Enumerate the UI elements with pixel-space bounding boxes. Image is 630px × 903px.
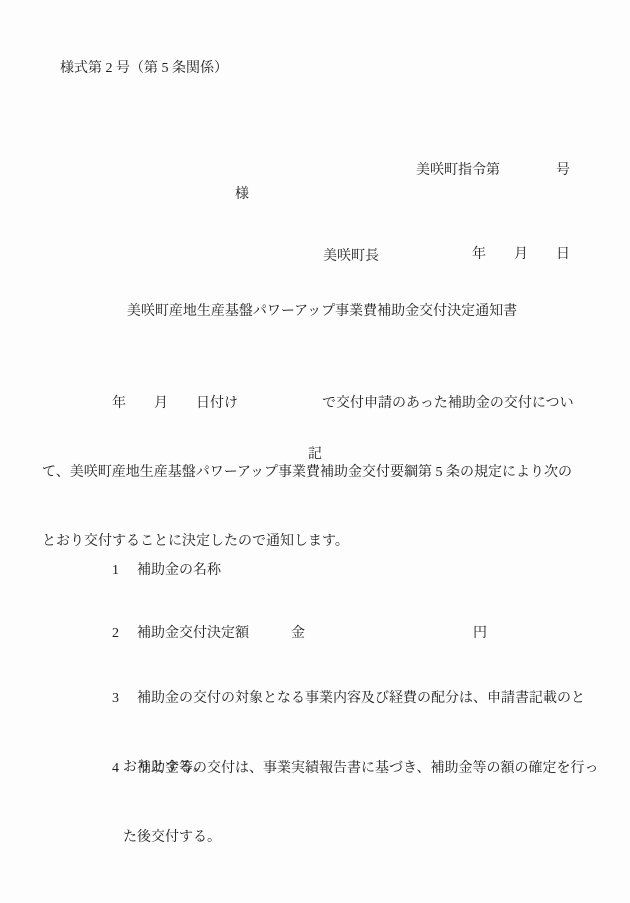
list-item-3-number: 3: [112, 687, 137, 710]
form-number-label: 様式第 2 号（第 5 条関係）: [60, 60, 228, 77]
list-item-4-line1: 4補助金等の交付は、事業実績報告書に基づき、補助金等の額の確定を行っ: [112, 757, 598, 780]
list-item-4-text: 補助金等の交付は、事業実績報告書に基づき、補助金等の額の確定を行っ: [137, 761, 598, 776]
addressee-honorific: 様: [235, 186, 249, 203]
body-line-2: て、美咲町産地生産基盤パワーアップ事業費補助金交付要綱第 5 条の規定により次の: [42, 461, 574, 484]
list-item-4-number: 4: [112, 757, 137, 780]
record-heading: 記: [0, 446, 630, 463]
list-item-3-text: 補助金の交付の対象となる事業内容及び経費の配分は、申請書記載のと: [137, 691, 585, 706]
list-item-3-line1: 3補助金の交付の対象となる事業内容及び経費の配分は、申請書記載のと: [112, 687, 585, 710]
list-item-4: 4補助金等の交付は、事業実績報告書に基づき、補助金等の額の確定を行っ た後交付す…: [112, 711, 598, 895]
document-page: 様式第 2 号（第 5 条関係） 美咲町指令第 号 年 月 日 様 美咲町長 美…: [0, 0, 630, 903]
list-item-4-line2: た後交付する。: [112, 826, 598, 849]
issuer-title: 美咲町長: [323, 248, 379, 265]
body-line-1: 年 月 日付け で交付申請のあった補助金の交付につい: [42, 392, 574, 415]
issue-info-block: 美咲町指令第 号 年 月 日: [416, 101, 570, 325]
list-item-2-text: 補助金交付決定額 金 円: [137, 626, 487, 641]
issue-date-line: 年 月 日: [416, 241, 570, 269]
issue-number-line: 美咲町指令第 号: [416, 157, 570, 185]
document-title: 美咲町産地生産基盤パワーアップ事業費補助金交付決定通知書: [14, 303, 630, 320]
